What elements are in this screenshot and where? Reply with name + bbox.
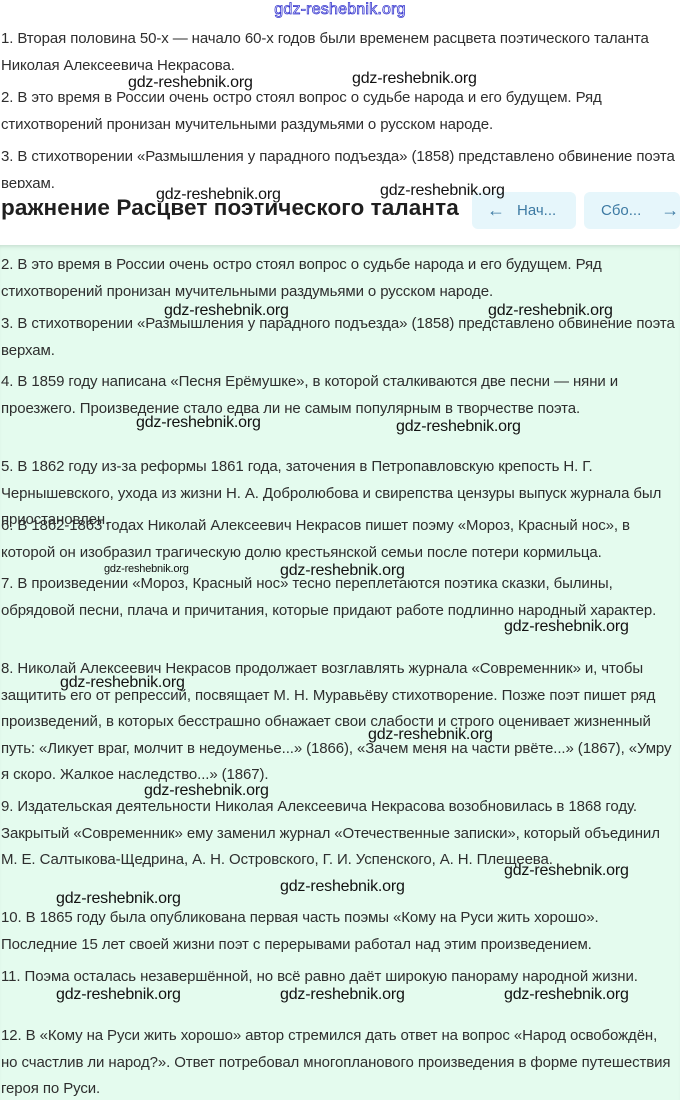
previous-button[interactable]: ← Нач... [472, 192, 576, 229]
site-banner: gdz-reshebnik.org [0, 1, 680, 19]
content-paragraph-8: 8. Николай Алексеевич Некрасов продолжае… [1, 656, 677, 789]
next-button-label: Сбо... [601, 202, 641, 219]
arrow-right-icon: → [661, 200, 679, 221]
content-paragraph-9: 9. Издательская деятельности Николая Але… [1, 794, 677, 874]
content-paragraph-11: 11. Поэма осталась незавершённой, но всё… [1, 964, 677, 991]
top-paragraph-2: 2. В это время в России очень остро стоя… [1, 85, 677, 138]
content-paragraph-4: 4. В 1859 году написана «Песня Ерёмушке»… [1, 369, 677, 422]
content-paragraph-7: 7. В произведении «Мороз, Красный нос» т… [1, 571, 677, 624]
next-button[interactable]: Сбо... → [584, 192, 680, 229]
content-paragraph-3: 3. В стихотворении «Размышления у парадн… [1, 311, 677, 364]
top-paragraph-1: 1. Вторая половина 50-х — начало 60-х го… [1, 26, 677, 79]
content-paragraph-10: 10. В 1865 году была опубликована первая… [1, 905, 677, 958]
content-paragraph-12: 12. В «Кому на Руси жить хорошо» автор с… [1, 1023, 677, 1100]
arrow-left-icon: ← [487, 200, 505, 221]
content-paragraph-2: 2. В это время в России очень остро стоя… [1, 252, 677, 305]
content-paragraph-6: 6. В 1862-1863 годах Николай Алексеевич … [1, 513, 677, 566]
previous-button-label: Нач... [517, 202, 556, 219]
page-title: ражнение Расцвет поэтического таланта [1, 195, 459, 221]
exercise-header: ражнение Расцвет поэтического таланта ← … [0, 188, 680, 244]
content-area: 2. В это время в России очень остро стоя… [0, 245, 680, 1100]
